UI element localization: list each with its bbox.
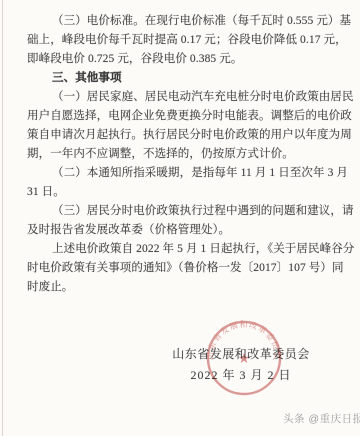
document-line: 及时报告省发展改革委（价格管理处）。 [27,221,343,240]
document-line: 策自申请次月起执行。执行居民分时电价政策的用户以年度为周 [27,126,343,145]
signature-block: 山东省发展和改革委员会 2022 年 3 月 2 日 [166,347,316,383]
document-line: （三）居民分时电价政策执行过程中遇到的问题和建议，请 [27,202,343,221]
signature-organization: 山东省发展和改革委员会 [166,347,316,362]
signature-date: 2022 年 3 月 2 日 [166,368,316,383]
document-line: 础上，峰段电价每千瓦时提高 0.17 元；谷段电价降低 0.17 元， [27,31,343,50]
watermark: 头条 @重庆日报 [283,412,360,426]
document-line: （二）本通知所指采暖期，是指每年 11 月 1 日至次年 3 月 [27,164,343,183]
document-body: （三）电价标准。在现行电价标准（每千瓦时 0.555 元）基 础上，峰段电价每千… [27,12,343,297]
document-line: 用户自愿选择，电网企业免费更换分时电能表。调整后的电价政 [27,107,343,126]
document-line: 即峰段电价 0.725 元，谷段电价 0.385 元。 [27,50,343,69]
scan-edge-line [2,0,3,436]
scanned-document-page: （三）电价标准。在现行电价标准（每千瓦时 0.555 元）基 础上，峰段电价每千… [0,0,360,436]
document-line: 时废止。 [27,278,343,297]
section-heading: 三、其他事项 [27,69,343,88]
document-line: （三）电价标准。在现行电价标准（每千瓦时 0.555 元）基 [27,12,343,31]
document-line: 期，一年内不应调整，不选择的，仍按原方式计价。 [27,145,343,164]
document-line: （一）居民家庭、居民电动汽车充电桩分时电价政策由居民 [27,88,343,107]
document-line: 31 日。 [27,183,343,202]
document-line: 时电价政策有关事项的通知》（鲁价格一发〔2017〕107 号）同 [27,259,343,278]
document-line: 上述电价政策自 2022 年 5 月 1 日起执行，《关于居民峰谷分 [27,240,343,259]
